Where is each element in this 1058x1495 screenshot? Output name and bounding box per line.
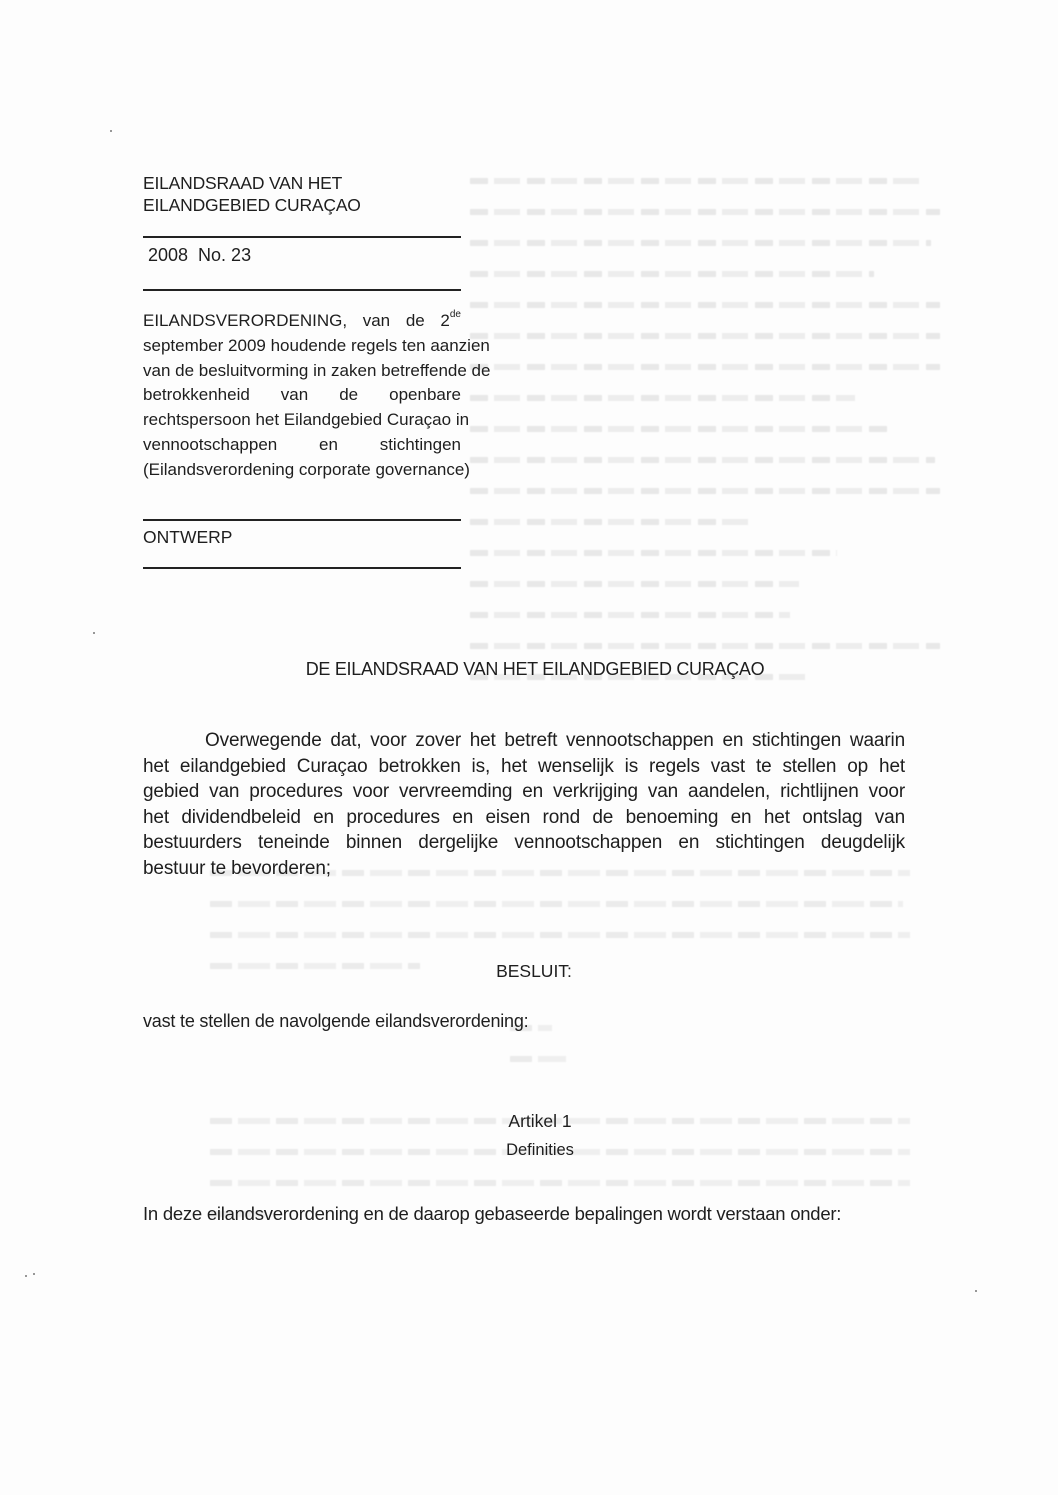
ordinance-description-line: (Eilandsverordening corporate governance…: [143, 458, 461, 483]
ordinance-description-line: betrokkenheid van de openbare: [143, 383, 461, 408]
scan-speck: [25, 1275, 27, 1277]
divider-rule: [143, 236, 461, 238]
scan-speck: [975, 1290, 977, 1292]
preamble-line: Overwegende dat, voor zover het betreft …: [143, 728, 905, 754]
preamble-line: bestuur te bevorderen;: [143, 856, 905, 882]
ordinance-description: EILANDSVERORDENING, van de 2de september…: [143, 309, 461, 483]
draft-label: ONTWERP: [143, 526, 232, 548]
scan-speck: [110, 130, 112, 132]
article-number: Artikel 1: [0, 1110, 1058, 1132]
preamble-line: bestuurders teneinde binnen dergelijke v…: [143, 830, 905, 856]
main-heading: DE EILANDSRAAD VAN HET EILANDGEBIED CURA…: [0, 658, 1058, 680]
decision-text: vast te stellen de navolgende eilandsver…: [143, 1010, 528, 1032]
ordinance-description-line: van de besluitvorming in zaken betreffen…: [143, 359, 461, 384]
bleed-through-text-lower: [210, 870, 910, 1242]
divider-rule: [143, 519, 461, 521]
document-number: 2008 No. 23: [148, 244, 251, 266]
article-title: Definities: [0, 1140, 1058, 1160]
scanned-page: EILANDSRAAD VAN HET EILANDGEBIED CURAÇAO…: [0, 0, 1058, 1495]
council-name-line-1: EILANDSRAAD VAN HET: [143, 172, 461, 194]
divider-rule: [143, 567, 461, 569]
issuer-block: EILANDSRAAD VAN HET EILANDGEBIED CURAÇAO: [143, 172, 461, 216]
bleed-through-text: [470, 178, 940, 705]
preamble-line: gebied van procedures voor vervreemding …: [143, 779, 905, 805]
divider-rule: [143, 289, 461, 291]
scan-speck: [93, 632, 95, 634]
scan-speck: [33, 1273, 35, 1275]
preamble-paragraph: Overwegende dat, voor zover het betreft …: [143, 728, 905, 882]
council-name-line-2: EILANDGEBIED CURAÇAO: [143, 194, 461, 216]
preamble-line: het dividendbeleid en procedures en eise…: [143, 805, 905, 831]
ordinance-description-line: vennootschappen en stichtingen: [143, 433, 461, 458]
decision-label: BESLUIT:: [0, 960, 1058, 982]
ordinal-suffix: de: [450, 309, 461, 320]
ordinance-description-line: rechtspersoon het Eilandgebied Curaçao i…: [143, 408, 461, 433]
ordinance-description-line: EILANDSVERORDENING, van de 2de: [143, 309, 461, 334]
ordinance-description-line: september 2009 houdende regels ten aanzi…: [143, 334, 461, 359]
preamble-line: het eilandgebied Curaçao betrokken is, h…: [143, 754, 905, 780]
definitions-intro: In deze eilandsverordening en de daarop …: [143, 1202, 841, 1226]
